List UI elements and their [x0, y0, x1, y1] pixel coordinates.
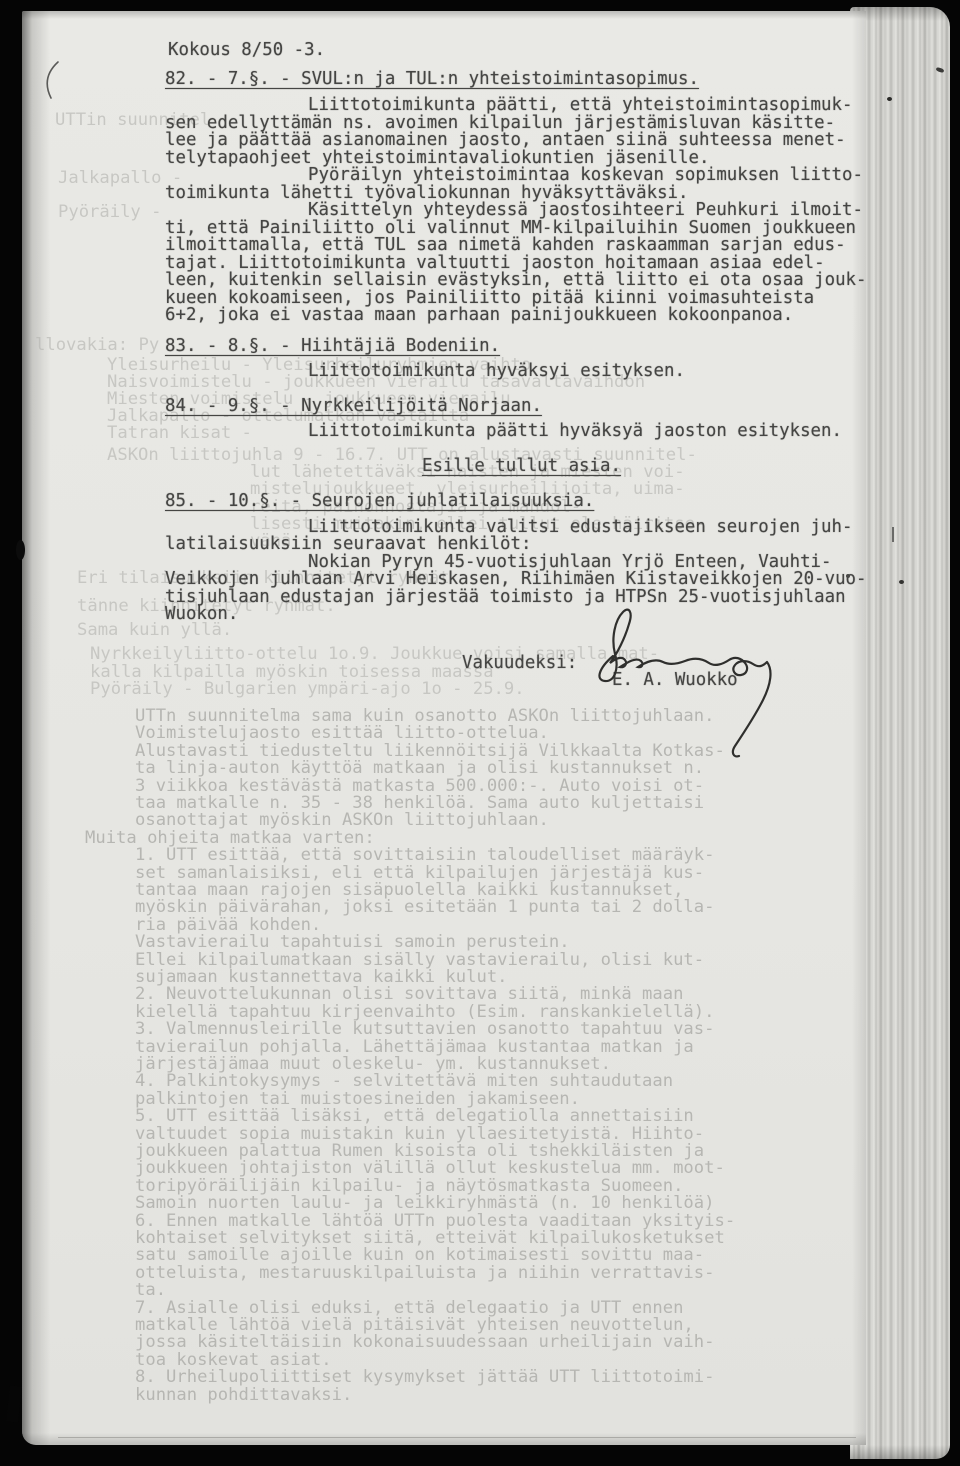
scanned-minutes-photo: UTTin suunnitelJalkapallo -Pyöräily -llo… [0, 0, 960, 1466]
page-edge-blemish [16, 540, 25, 560]
handwriting-layer: Vakuudeksi: E. A. Wuokko [0, 0, 960, 1466]
ink-speck [887, 97, 892, 101]
ink-speck [899, 580, 904, 584]
attestation-label: Vakuudeksi: [462, 655, 577, 672]
pen-mark [892, 527, 894, 542]
ink-speck [846, 574, 850, 578]
handwritten-paren-mark [42, 60, 64, 100]
handwritten-signature-icon [583, 604, 788, 769]
